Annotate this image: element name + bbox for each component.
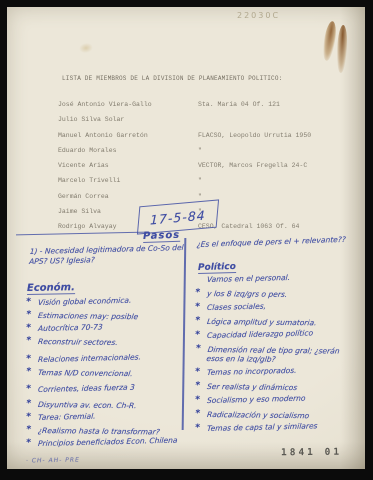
member-org: FLACSO, Leopoldo Urrutia 1950	[198, 132, 311, 139]
list-item: *Temas N/D convencional.	[37, 369, 188, 379]
member-org: Sta. María 04 Of. 121	[198, 101, 280, 108]
asterisk-mark: *	[195, 409, 201, 418]
member-name: Eduardo Morales	[58, 147, 117, 154]
member-name: Marcelo Trivelli	[58, 177, 120, 184]
document-title: LISTA DE MIEMBROS DE LA DIVISION DE PLAN…	[62, 75, 282, 82]
list-item: *Ser realista y dinámicos	[206, 383, 353, 393]
member-row: Julio Silva Solar	[58, 116, 348, 131]
asterisk-mark: *	[195, 317, 201, 326]
notes-heading-economico: Económ.	[27, 282, 75, 295]
list-item-text: Disyuntiva av. econ. Ch-R.	[37, 400, 137, 410]
asterisk-mark: *	[26, 425, 32, 434]
member-name: Vicente Arias	[58, 162, 109, 169]
list-item-text: Visión global económica.	[38, 296, 132, 307]
member-row: Manuel Antonio Garretón FLACSO, Leopoldo…	[58, 132, 348, 147]
asterisk-mark: *	[26, 385, 31, 394]
list-item: *Disyuntiva av. econ. Ch-R.	[37, 401, 188, 411]
notes-heading-pasos: Pasos	[143, 230, 181, 243]
member-row: José Antonio Viera-Gallo Sta. María 04 O…	[58, 101, 348, 116]
list-item: *Tarea: Gremial.	[38, 410, 188, 422]
list-item: *Radicalización y socialismo	[206, 411, 353, 421]
list-item: *Socialismo y eso moderno	[207, 393, 353, 405]
asterisk-mark: *	[26, 439, 31, 448]
list-item: *Vamos en el personal.	[207, 272, 353, 284]
archive-number-stamp: 1841 01	[281, 447, 342, 459]
list-item-text: Reconstruir sectores.	[37, 337, 118, 347]
staple-rust-mark	[336, 25, 348, 73]
list-item: *Estimaciones may: posible	[37, 312, 188, 322]
asterisk-mark: *	[26, 413, 31, 422]
list-item-text: y los 8 izq/grs o pers.	[206, 289, 287, 299]
list-item: *Dimensión real de tipo gral; ¿serán eso…	[206, 346, 354, 365]
list-item: *Clases sociales,	[207, 300, 353, 312]
list-item-text: Capacidad liderazgo político	[207, 328, 314, 340]
staple-rust-mark	[321, 20, 338, 61]
list-item: *Temas no incorporados.	[207, 365, 353, 377]
asterisk-mark: *	[26, 399, 32, 408]
list-item: *Corrientes, ideas fuerza 3	[38, 382, 188, 394]
member-org: "	[198, 193, 202, 200]
list-item: *Visión global económica.	[38, 295, 188, 307]
list-item-text: Temas N/D convencional.	[37, 368, 133, 378]
member-name: Germán Correa	[58, 193, 109, 200]
list-item-text: Vamos en el personal.	[207, 273, 291, 284]
list-item-text: Estimaciones may: posible	[37, 311, 138, 321]
asterisk-mark: *	[195, 424, 200, 433]
list-item: *Principios beneficiados Econ. Chilena	[38, 436, 188, 448]
asterisk-mark: *	[195, 368, 200, 377]
list-item-text: Principios beneficiados Econ. Chilena	[38, 435, 178, 447]
member-org: "	[198, 177, 202, 184]
asterisk-mark: *	[26, 337, 32, 346]
list-item-text: Autocrítica 70-73	[38, 322, 103, 333]
asterisk-mark: *	[195, 303, 200, 312]
document-page: 22030C LISTA DE MIEMBROS DE LA DIVISION …	[7, 7, 365, 469]
notes-list-politico: *Vamos en el personal. *y los 8 izq/grs …	[193, 276, 353, 439]
member-name: Rodrigo Alvayay	[58, 223, 117, 230]
list-item: *Lógica amplitud y sumatoria.	[206, 318, 353, 328]
member-row: Eduardo Morales "	[58, 147, 348, 162]
asterisk-mark: *	[195, 381, 201, 390]
list-item: *Capacidad liderazgo político	[207, 328, 353, 340]
member-row: Marcelo Trivelli "	[58, 177, 348, 192]
member-name: Julio Silva Solar	[58, 116, 124, 123]
asterisk-mark: *	[26, 367, 32, 376]
stain-mark	[78, 42, 94, 54]
list-item-text: Clases sociales,	[207, 302, 267, 312]
notes-list-economico: *Visión global económica. *Estimaciones …	[24, 299, 194, 453]
list-item-text: Temas no incorporados.	[207, 365, 297, 376]
list-item: *Reconstruir sectores.	[37, 338, 188, 348]
list-item-text: Relaciones internacionales.	[38, 352, 141, 364]
list-item: *Temas de caps tal y similares	[207, 421, 353, 433]
list-item-text: Temas de caps tal y similares	[207, 421, 318, 433]
list-item-text: ¿Realismo hasta lo transformar?	[37, 426, 160, 436]
asterisk-mark: *	[195, 289, 201, 298]
list-item-text: Ser realista y dinámicos	[206, 382, 297, 392]
list-item-text: Tarea: Gremial.	[38, 411, 96, 421]
list-item-text: Radicalización y socialismo	[206, 410, 309, 420]
notes-heading-politico: Político	[198, 262, 236, 274]
list-item: *Autocrítica 70-73	[38, 321, 188, 333]
list-item: *y los 8 izq/grs o pers.	[206, 290, 353, 300]
asterisk-mark: *	[26, 298, 31, 307]
member-org: "	[198, 147, 202, 154]
asterisk-mark: *	[195, 396, 200, 405]
member-name: Manuel Antonio Garretón	[58, 132, 148, 139]
member-name: José Antonio Viera-Gallo	[58, 101, 152, 108]
faint-footer-note: · CH- AH- PRE	[26, 457, 80, 465]
list-item-text: Lógica amplitud y sumatoria.	[206, 317, 317, 327]
list-item-text: Corrientes, ideas fuerza 3	[38, 383, 135, 394]
asterisk-mark: *	[26, 324, 31, 333]
handwritten-date: 17-5-84	[150, 207, 206, 227]
asterisk-mark: *	[195, 331, 200, 340]
list-item: *Relaciones internacionales.	[38, 352, 188, 364]
asterisk-mark: *	[26, 311, 32, 320]
member-row: Vicente Arias VECTOR, Marcos Fregella 24…	[58, 162, 348, 177]
list-item-text: Socialismo y eso moderno	[207, 393, 306, 404]
member-name: Jaime Silva	[58, 208, 101, 215]
asterisk-mark: *	[195, 345, 201, 354]
scan-background: 22030C LISTA DE MIEMBROS DE LA DIVISION …	[0, 0, 373, 480]
asterisk-mark: *	[26, 355, 31, 364]
notes-item-numbered: 1) - Necesidad legitimadora de Co-So del…	[29, 243, 188, 267]
member-org: VECTOR, Marcos Fregella 24-C	[198, 162, 307, 169]
pencil-archive-code: 22030C	[237, 11, 280, 20]
list-item-text: Dimensión real de tipo gral; ¿serán esos…	[206, 345, 340, 363]
